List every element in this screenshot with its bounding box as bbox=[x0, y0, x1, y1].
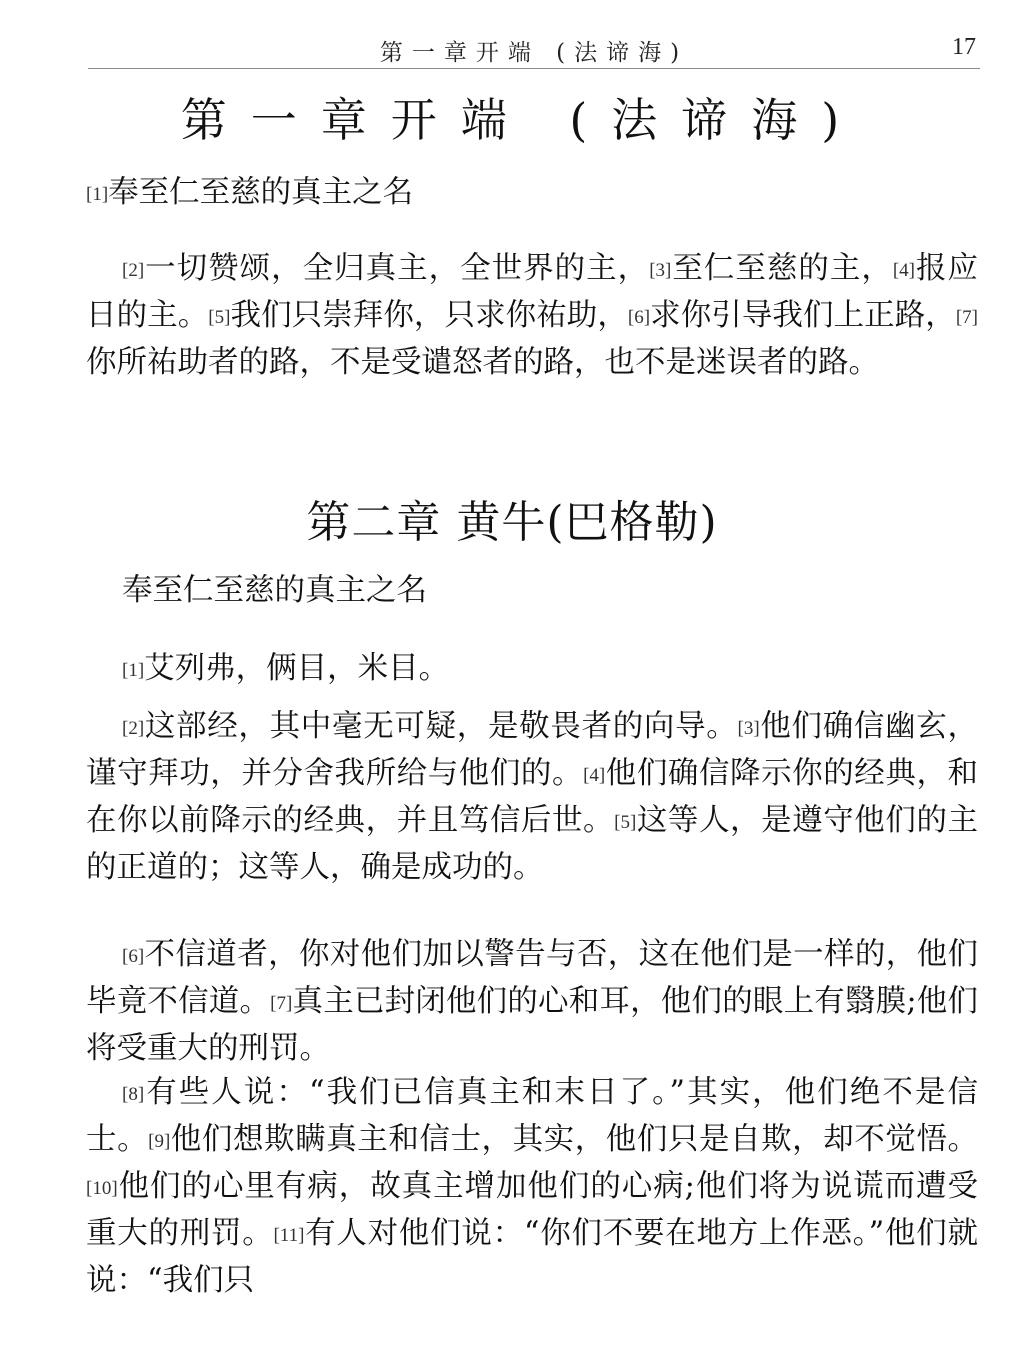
running-title: 第一章开端 (法谛海) bbox=[88, 34, 980, 67]
verse-number: [2] bbox=[122, 260, 144, 281]
verse-text: 这部经，其中毫无可疑，是敬畏者的向导。 bbox=[144, 709, 737, 744]
chapter-2-paragraph-2: [6]不信道者，你对他们加以警告与否，这在他们是一样的，他们毕竟不信道。[7]真… bbox=[86, 932, 978, 1071]
verse-text: 我们只崇拜你，只求你祐助， bbox=[230, 298, 627, 333]
verse-number: [9] bbox=[148, 1131, 170, 1152]
chapter-2-paragraph-3: [8]有些人说：“我们已信真主和末日了。”其实，他们绝不是信士。[9]他们想欺瞒… bbox=[86, 1070, 978, 1303]
verse-number: [8] bbox=[122, 1084, 144, 1105]
verse-text: 奉至仁至慈的真主之名 bbox=[108, 175, 413, 210]
chapter-1-verse-1: [1]奉至仁至慈的真主之名 bbox=[86, 170, 978, 217]
chapter-2-verse-1: [1]艾列弗，俩目，米目。 bbox=[86, 646, 978, 693]
verse-number: [5] bbox=[208, 307, 230, 328]
chapter-2-title: 第二章 黄牛(巴格勒) bbox=[0, 486, 1024, 550]
verse-text: 至仁至慈的主， bbox=[671, 251, 893, 286]
verse-number: [3] bbox=[738, 718, 760, 739]
verse-number: [6] bbox=[122, 946, 144, 967]
chapter-1-title: 第一章开端 (法谛海) bbox=[0, 84, 1024, 150]
verse-number: [2] bbox=[122, 718, 144, 739]
verse-number: [3] bbox=[649, 260, 671, 281]
chapter-1-paragraph: [2]一切赞颂，全归真主，全世界的主，[3]至仁至慈的主，[4]报应日的主。[5… bbox=[86, 246, 978, 385]
verse-number: [1] bbox=[122, 660, 144, 681]
verse-text: 一切赞颂，全归真主，全世界的主， bbox=[144, 251, 649, 286]
running-header: 第一章开端 (法谛海) 17 bbox=[88, 30, 980, 69]
verse-number: [6] bbox=[628, 307, 650, 328]
verse-number: [10] bbox=[86, 1178, 118, 1199]
verse-number: [4] bbox=[893, 260, 915, 281]
verse-text: 求你引导我们上正路， bbox=[650, 298, 956, 333]
verse-text: 艾列弗，俩目，米目。 bbox=[144, 651, 449, 686]
verse-number: [4] bbox=[583, 765, 605, 786]
verse-text: 他们想欺瞒真主和信士，其实，他们只是自欺，却不觉悟。 bbox=[170, 1122, 978, 1157]
page-number: 17 bbox=[952, 34, 976, 61]
verse-number: [1] bbox=[86, 184, 108, 205]
verse-number: [7] bbox=[956, 307, 978, 328]
chapter-2-basmala: 奉至仁至慈的真主之名 bbox=[86, 568, 978, 613]
chapter-2-paragraph-1: [2]这部经，其中毫无可疑，是敬畏者的向导。[3]他们确信幽玄，谨守拜功，并分舍… bbox=[86, 704, 978, 890]
verse-number: [11] bbox=[273, 1225, 304, 1246]
verse-number: [7] bbox=[270, 993, 292, 1014]
verse-number: [5] bbox=[614, 812, 636, 833]
verse-text: 你所祐助者的路，不是受谴怒者的路，也不是迷误者的路。 bbox=[86, 345, 879, 380]
